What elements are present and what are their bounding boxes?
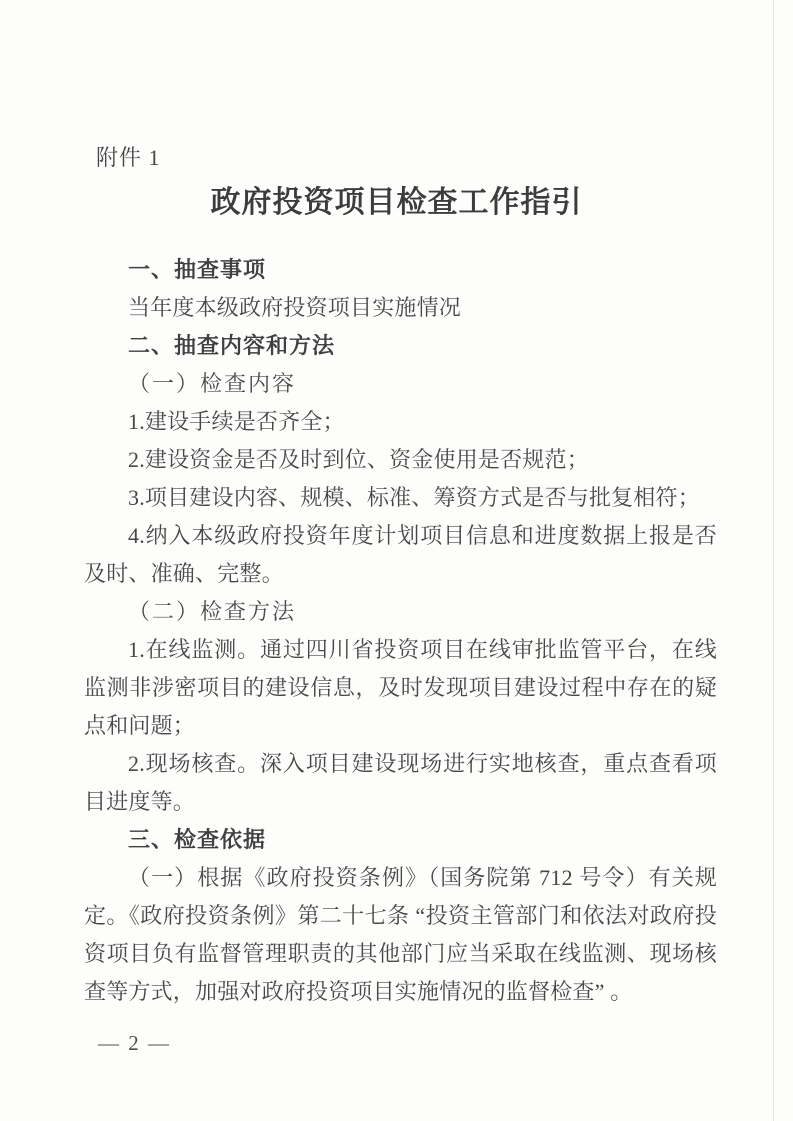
method-item-2-onsite-verification: 2.现场核查。深入项目建设现场进行实地核查，重点查看项目进度等。 [84,745,717,821]
page-number: — 2 — [98,1031,171,1056]
subsection-heading-inspection-content: （一）检查内容 [84,365,717,403]
document-page: 附件 1 政府投资项目检查工作指引 一、抽查事项 当年度本级政府投资项目实施情况… [0,0,793,1121]
section-heading-sampling-matters: 一、抽查事项 [84,251,717,289]
method-item-1-online-monitoring: 1.在线监测。通过四川省投资项目在线审批监管平台，在线监测非涉密项目的建设信息，… [84,631,717,745]
paragraph-sampling-scope: 当年度本级政府投资项目实施情况 [84,289,717,327]
section-heading-inspection-basis: 三、检查依据 [84,821,717,859]
list-item-2: 2.建设资金是否及时到位、资金使用是否规范； [84,441,717,479]
document-body: 一、抽查事项 当年度本级政府投资项目实施情况 二、抽查内容和方法 （一）检查内容… [84,251,717,1011]
scan-edge-line [773,0,774,1121]
subsection-heading-inspection-methods: （二）检查方法 [84,593,717,631]
document-title: 政府投资项目检查工作指引 [0,177,793,221]
paragraph-legal-basis: （一）根据《政府投资条例》（国务院第 712 号令）有关规定。《政府投资条例》第… [84,859,717,1011]
list-item-3: 3.项目建设内容、规模、标准、筹资方式是否与批复相符； [84,479,717,517]
attachment-label: 附件 1 [96,141,161,172]
list-item-1: 1.建设手续是否齐全； [84,403,717,441]
section-heading-content-and-methods: 二、抽查内容和方法 [84,327,717,365]
list-item-4: 4.纳入本级政府投资年度计划项目信息和进度数据上报是否及时、准确、完整。 [84,517,717,593]
